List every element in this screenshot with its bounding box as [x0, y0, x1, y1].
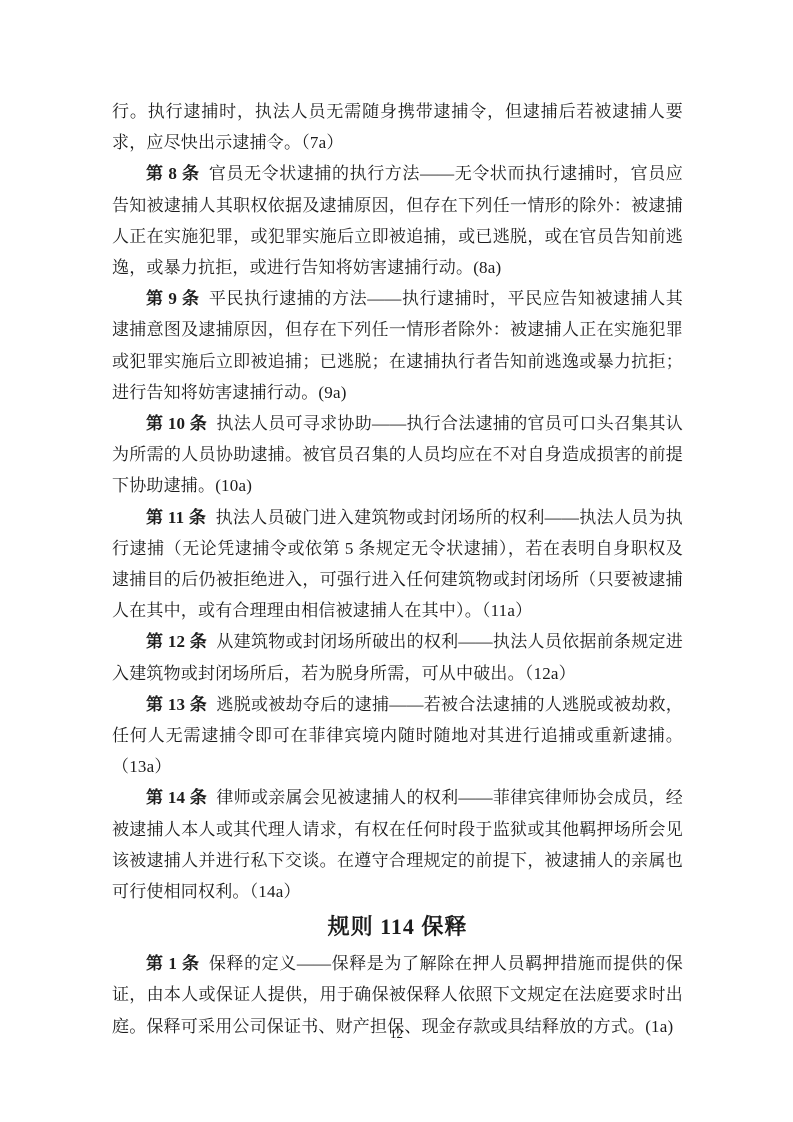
paragraph-continuation: 行。执行逮捕时，执法人员无需随身携带逮捕令，但逮捕后若被逮捕人要求，应尽快出示逮…	[112, 96, 683, 158]
article-number: 第 13 条	[146, 695, 207, 714]
paragraph-article-13: 第 13 条逃脱或被劫夺后的逮捕——若被合法逮捕的人逃脱或被劫救，任何人无需逮捕…	[112, 689, 683, 783]
article-number: 第 11 条	[146, 508, 206, 527]
article-number: 第 10 条	[146, 414, 207, 433]
article-number: 第 9 条	[146, 289, 200, 308]
paragraph-article-10: 第 10 条执法人员可寻求协助——执行合法逮捕的官员可口头召集其认为所需的人员协…	[112, 408, 683, 502]
rule-114-heading: 规则 114 保释	[112, 907, 683, 948]
paragraph-article-9: 第 9 条平民执行逮捕的方法——执行逮捕时，平民应告知被逮捕人其逮捕意图及逮捕原…	[112, 283, 683, 408]
article-number: 第 1 条	[146, 954, 200, 973]
paragraph-article-8: 第 8 条官员无令状逮捕的执行方法——无令状而执行逮捕时，官员应告知被逮捕人其职…	[112, 158, 683, 283]
paragraph-text: 行。执行逮捕时，执法人员无需随身携带逮捕令，但逮捕后若被逮捕人要求，应尽快出示逮…	[112, 102, 683, 152]
document-page: 行。执行逮捕时，执法人员无需随身携带逮捕令，但逮捕后若被逮捕人要求，应尽快出示逮…	[0, 0, 793, 1122]
article-number: 第 14 条	[146, 788, 207, 807]
article-number: 第 8 条	[146, 164, 200, 183]
paragraph-article-11: 第 11 条执法人员破门进入建筑物或封闭场所的权利——执法人员为执行逮捕（无论凭…	[112, 502, 683, 627]
page-number: 12	[0, 1026, 793, 1042]
document-body: 行。执行逮捕时，执法人员无需随身携带逮捕令，但逮捕后若被逮捕人要求，应尽快出示逮…	[112, 96, 683, 1042]
article-number: 第 12 条	[146, 632, 207, 651]
paragraph-article-14: 第 14 条律师或亲属会见被逮捕人的权利——菲律宾律师协会成员，经被逮捕人本人或…	[112, 782, 683, 907]
paragraph-article-12: 第 12 条从建筑物或封闭场所破出的权利——执法人员依据前条规定进入建筑物或封闭…	[112, 626, 683, 688]
